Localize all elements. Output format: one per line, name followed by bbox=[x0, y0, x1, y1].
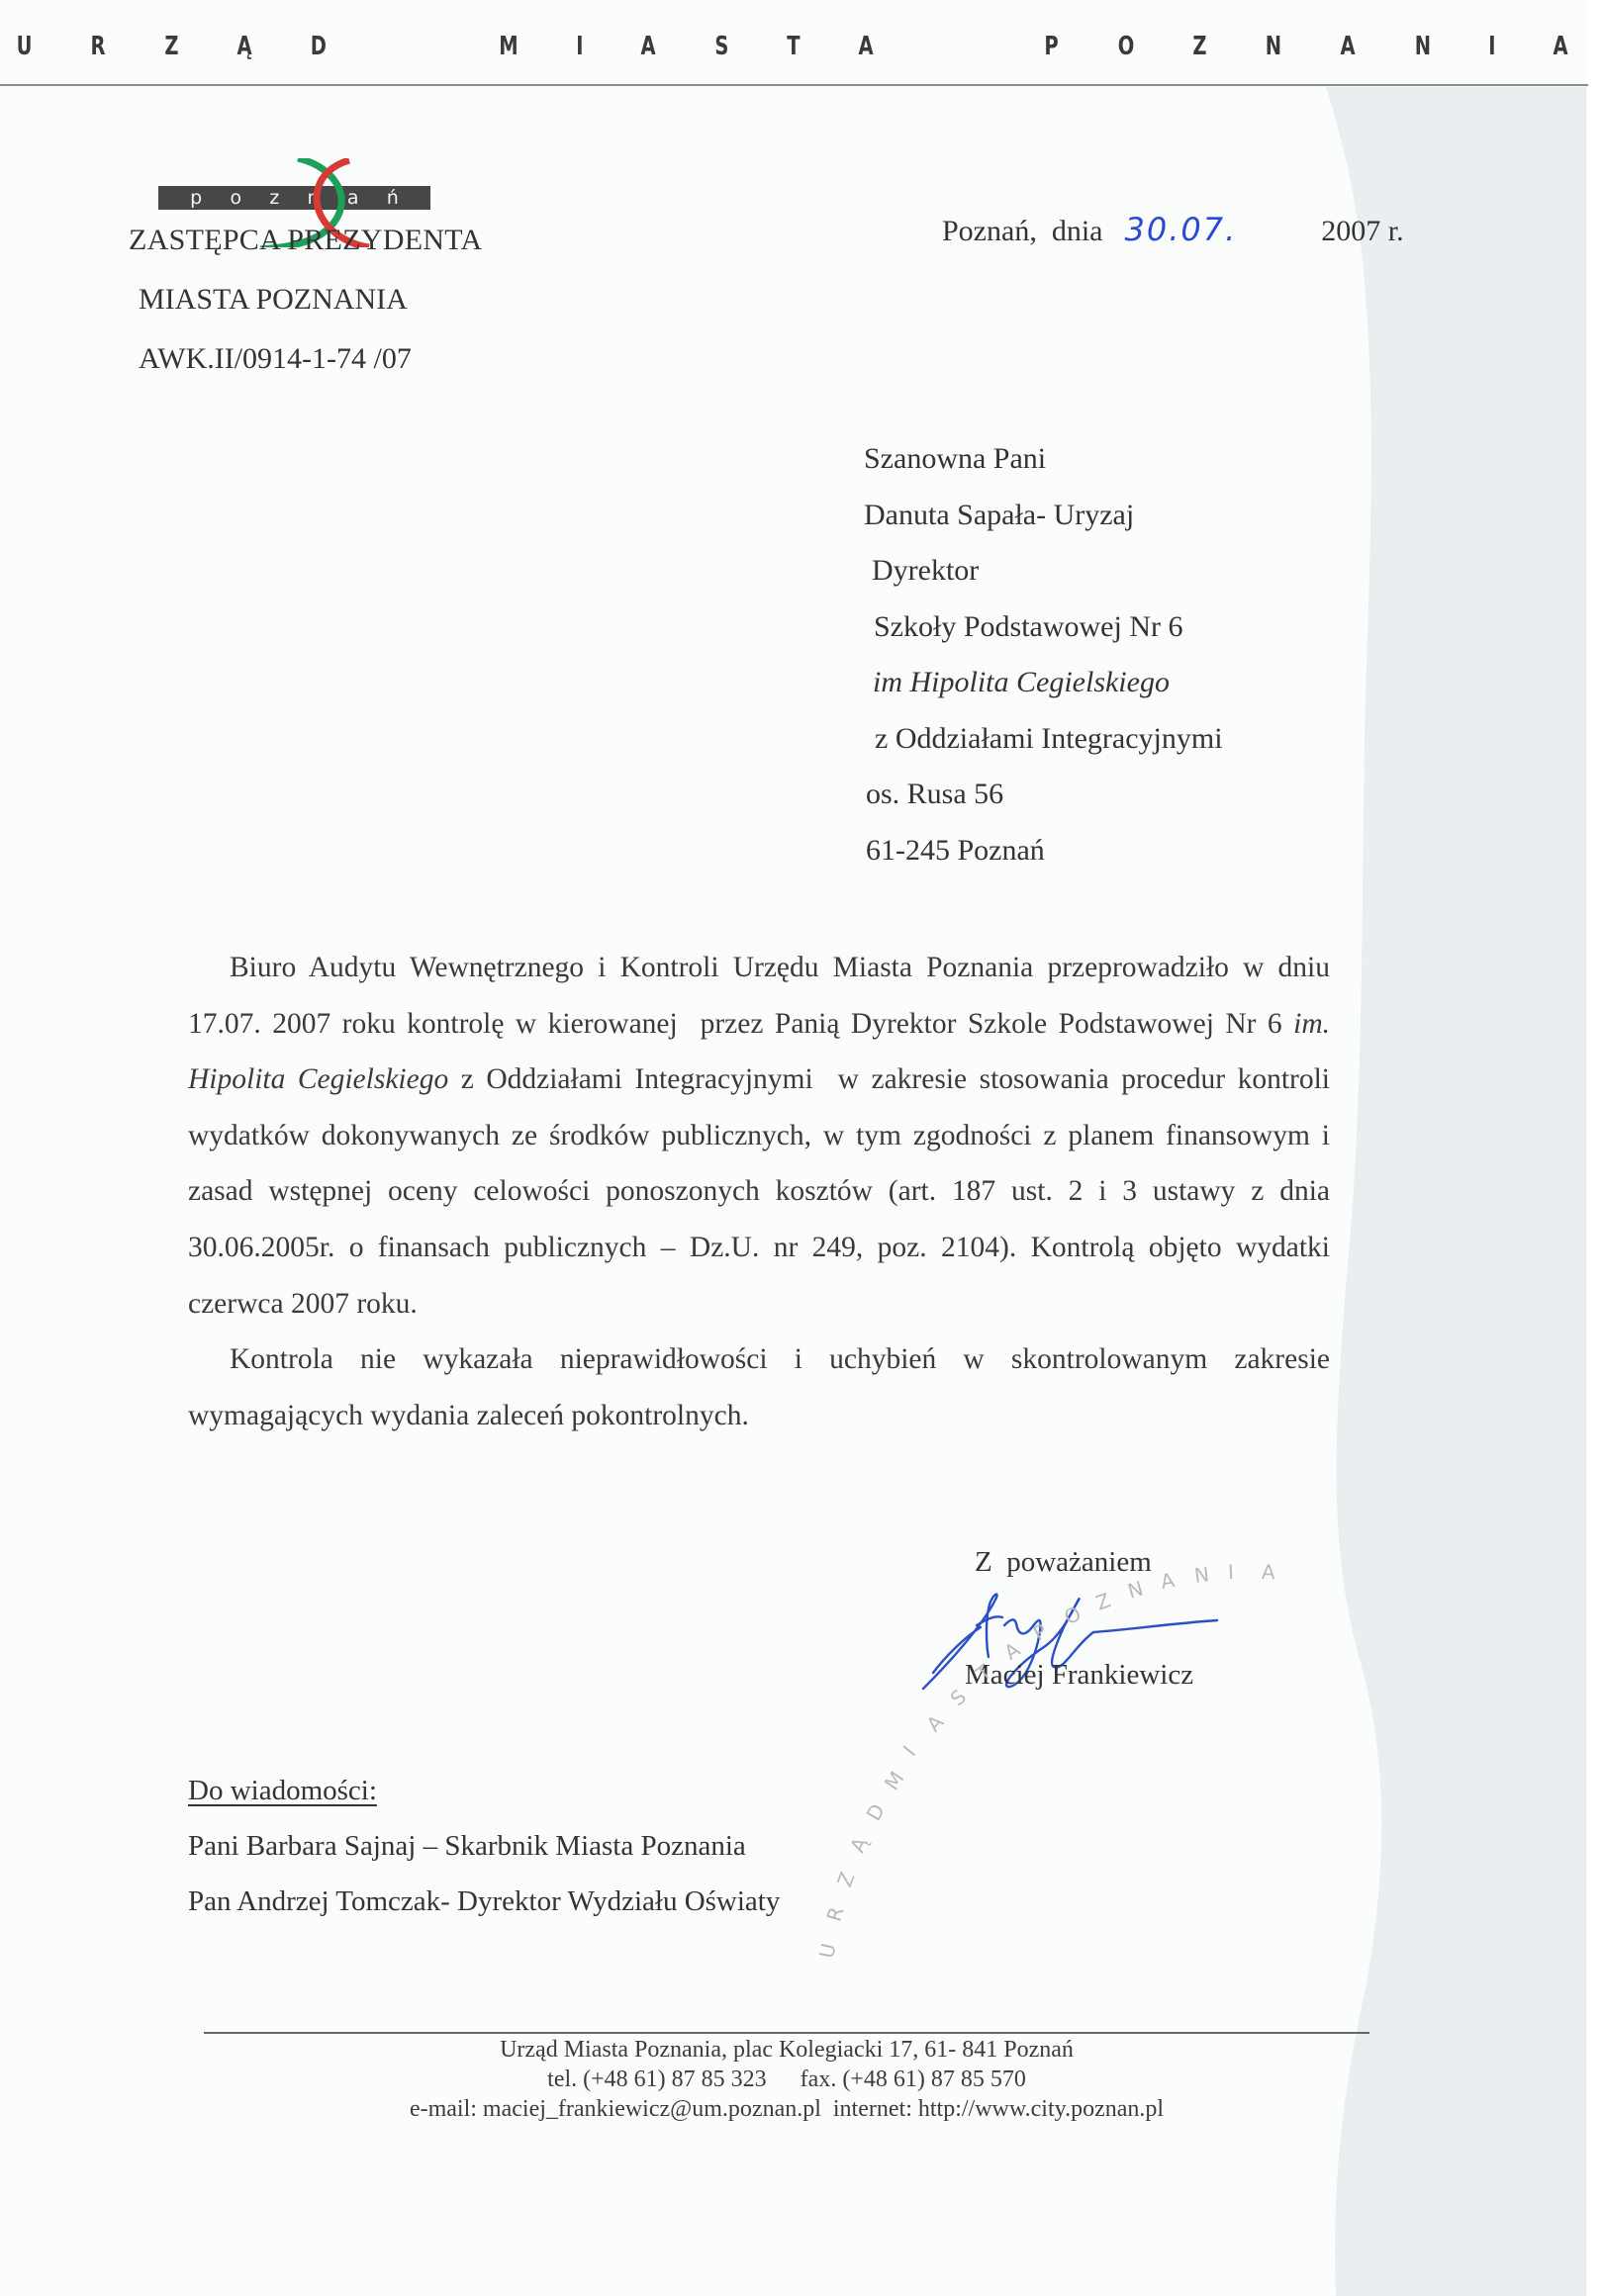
recipient-address: Szanowna Pani Danuta Sapała- Uryzaj Dyre… bbox=[864, 431, 1223, 878]
recipient-title: Dyrektor bbox=[864, 543, 1223, 599]
reference-number: AWK.II/0914-1-74 /07 bbox=[129, 329, 482, 389]
letterhead-letter: D bbox=[311, 32, 327, 61]
handwritten-date: 30.07. bbox=[1124, 211, 1237, 248]
letterhead-title: URZĄDMIASTAPOZNANIA bbox=[0, 20, 1588, 73]
closing-regards: Z poważaniem bbox=[975, 1546, 1152, 1579]
letterhead-letter: A bbox=[1341, 32, 1356, 61]
watermark-letter: I bbox=[897, 1741, 919, 1761]
cc-recipient: Pani Barbara Sajnaj – Skarbnik Miasta Po… bbox=[188, 1818, 780, 1874]
watermark-letter: U bbox=[814, 1941, 841, 1960]
footer-contact: e-mail: maciej_frankiewicz@um.poznan.pl … bbox=[204, 2094, 1369, 2124]
cc-heading: Do wiadomości: bbox=[188, 1763, 780, 1818]
recipient-street: os. Rusa 56 bbox=[864, 767, 1223, 823]
letterhead-letter: A bbox=[858, 32, 873, 61]
watermark-letter: A bbox=[1262, 1560, 1276, 1584]
footer-fax: fax. (+48 61) 87 85 570 bbox=[801, 2065, 1026, 2094]
letterhead-letter: M bbox=[500, 32, 519, 61]
recipient-school-suffix: z Oddziałami Integracyjnymi bbox=[864, 711, 1223, 768]
watermark-letter: A bbox=[1159, 1568, 1177, 1594]
footer: Urząd Miasta Poznania, plac Kolegiacki 1… bbox=[204, 2035, 1369, 2124]
letterhead-letter: O bbox=[1118, 32, 1135, 61]
sender-institution: MIASTA POZNANIA bbox=[129, 270, 482, 329]
date-place-label: Poznań, dnia bbox=[942, 215, 1102, 247]
watermark-letter: N bbox=[1193, 1563, 1211, 1589]
header-rule bbox=[0, 84, 1588, 86]
signer-name: Maciej Frankiewicz bbox=[965, 1659, 1193, 1692]
watermark-letter: D bbox=[862, 1799, 890, 1824]
watermark-letter: Z bbox=[832, 1869, 859, 1889]
letterhead-letter: U bbox=[17, 32, 33, 61]
letterhead-letter: Z bbox=[1193, 32, 1207, 61]
letterhead-letter: Ą bbox=[236, 32, 251, 61]
footer-phone-fax: tel. (+48 61) 87 85 323fax. (+48 61) 87 … bbox=[204, 2065, 1369, 2094]
footer-tel: tel. (+48 61) 87 85 323 bbox=[547, 2065, 767, 2094]
letterhead-letter: I bbox=[577, 32, 584, 61]
letterhead-letter: S bbox=[714, 32, 728, 61]
watermark-letter: I bbox=[1228, 1560, 1235, 1584]
letterhead-letter: T bbox=[787, 32, 800, 61]
watermark-letter: M bbox=[880, 1767, 909, 1794]
letterhead-letter: I bbox=[1488, 32, 1495, 61]
letterhead-letter: P bbox=[1045, 32, 1059, 61]
body-text-segment: z Oddziałami Integracyjnymi w zakresie s… bbox=[188, 1063, 1337, 1319]
recipient-patron: im Hipolita Cegielskiego bbox=[864, 655, 1223, 711]
letterhead-letter: R bbox=[91, 32, 106, 61]
recipient-name: Danuta Sapała- Uryzaj bbox=[864, 488, 1223, 544]
date-year: 2007 r. bbox=[1321, 215, 1403, 247]
recipient-school: Szkoły Podstawowej Nr 6 bbox=[864, 599, 1223, 656]
footer-rule bbox=[204, 2032, 1369, 2034]
cc-recipient: Pan Andrzej Tomczak- Dyrektor Wydziału O… bbox=[188, 1874, 780, 1929]
letterhead-letter: N bbox=[1266, 32, 1281, 61]
watermark-letter: Ą bbox=[845, 1834, 873, 1857]
body-text-segment: Biuro Audytu Wewnętrznego i Kontroli Urz… bbox=[188, 952, 1337, 1040]
letterhead-letter: A bbox=[641, 32, 656, 61]
date-line: Poznań, dnia30.07.2007 r. bbox=[942, 211, 1404, 248]
letterhead-letter: N bbox=[1414, 32, 1430, 61]
recipient-city: 61-245 Poznań bbox=[864, 823, 1223, 879]
watermark-letter: R bbox=[822, 1904, 849, 1924]
letterhead-letter: Z bbox=[164, 32, 178, 61]
sender-block: ZASTĘPCA PREZYDENTA MIASTA POZNANIA AWK.… bbox=[129, 211, 482, 389]
letterhead-letter: A bbox=[1553, 32, 1567, 61]
watermark-letter: A bbox=[921, 1710, 948, 1736]
footer-address: Urząd Miasta Poznania, plac Kolegiacki 1… bbox=[204, 2035, 1369, 2065]
letter-body: Biuro Audytu Wewnętrznego i Kontroli Urz… bbox=[188, 940, 1330, 1443]
salutation: Szanowna Pani bbox=[864, 431, 1223, 488]
sender-title: ZASTĘPCA PREZYDENTA bbox=[129, 211, 482, 270]
body-paragraph-2: Kontrola nie wykazała nieprawidłowości i… bbox=[188, 1332, 1330, 1443]
cc-block: Do wiadomości: Pani Barbara Sajnaj – Ska… bbox=[188, 1763, 780, 1929]
page-edge bbox=[1586, 0, 1603, 2296]
body-paragraph-1: Biuro Audytu Wewnętrznego i Kontroli Urz… bbox=[188, 940, 1330, 1332]
